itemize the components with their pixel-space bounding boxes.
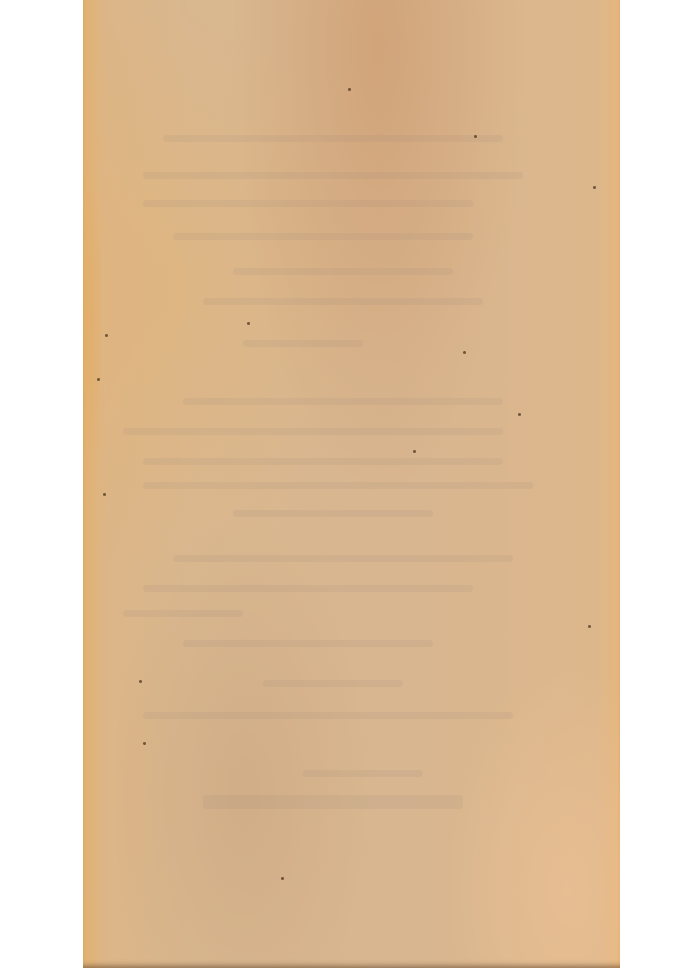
bleed-through-line (123, 610, 243, 617)
speck (139, 680, 142, 683)
speck (413, 450, 416, 453)
speck (463, 351, 466, 354)
speck (143, 742, 146, 745)
book-page (83, 0, 620, 968)
bleed-through-line (143, 712, 513, 719)
speck (281, 877, 284, 880)
bleed-through-line (143, 200, 473, 207)
bleed-through-line (123, 428, 503, 435)
bleed-through-line (143, 482, 533, 489)
bleed-through-line (303, 770, 423, 777)
bleed-through-line (163, 135, 503, 142)
speck (103, 493, 106, 496)
speck (247, 322, 250, 325)
bleed-through-line (173, 555, 513, 562)
bleed-through-line (143, 585, 473, 592)
bleed-through-line (203, 298, 483, 305)
bleed-through-line (263, 680, 403, 687)
edge-stain (83, 150, 105, 490)
bleed-through-line (183, 640, 433, 647)
speck (105, 334, 108, 337)
bleed-through-line (183, 398, 503, 405)
bleed-through-line (143, 172, 523, 179)
bleed-through-line (203, 795, 463, 809)
bleed-through-line (233, 510, 433, 517)
speck (588, 625, 591, 628)
speck (97, 378, 100, 381)
bleed-through-line (243, 340, 363, 347)
speck (348, 88, 351, 91)
speck (474, 135, 477, 138)
bleed-through-line (143, 458, 503, 465)
speck (518, 413, 521, 416)
speck (593, 186, 596, 189)
bleed-through-line (233, 268, 453, 275)
bleed-through-line (173, 233, 473, 240)
